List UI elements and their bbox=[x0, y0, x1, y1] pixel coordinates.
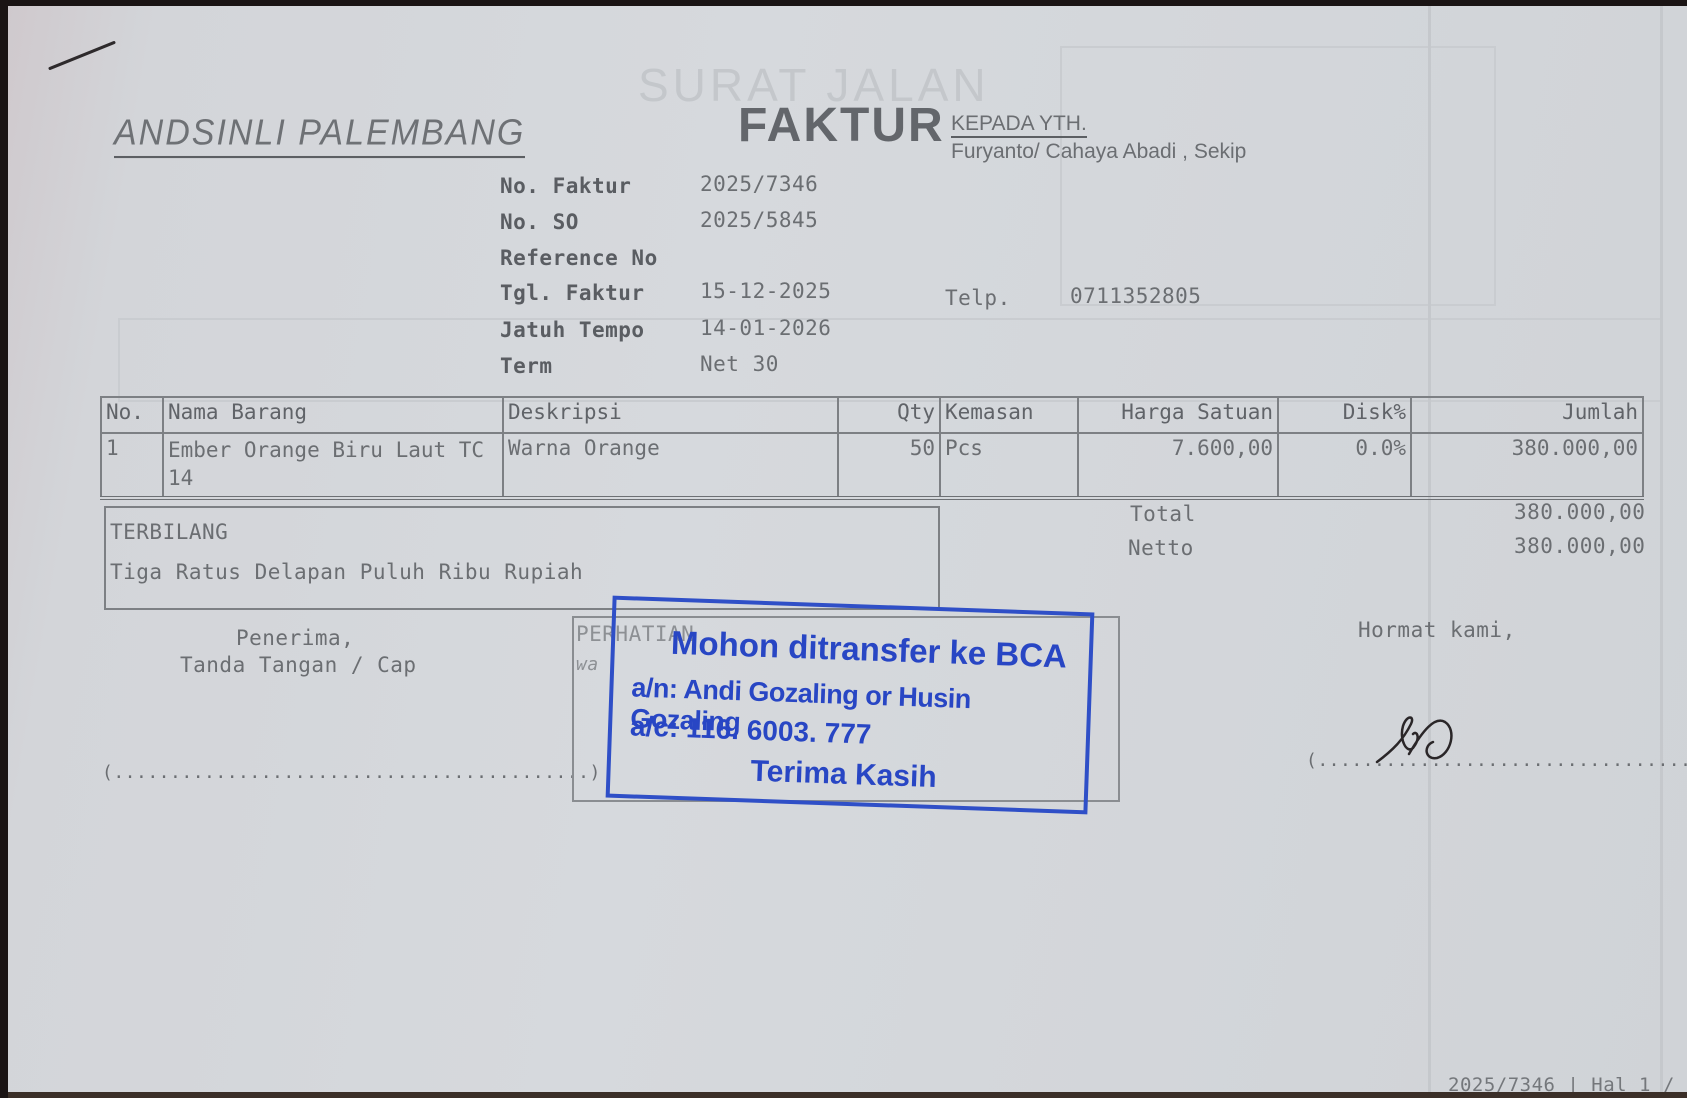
phone-label: Telp. bbox=[945, 286, 1011, 310]
info-label: Term bbox=[500, 354, 553, 378]
cell-deskripsi: Warna Orange bbox=[503, 433, 838, 498]
pen-mark bbox=[48, 41, 116, 71]
phone-value: 0711352805 bbox=[1070, 284, 1201, 308]
cell-disk: 0.0% bbox=[1278, 433, 1411, 498]
cell-qty: 50 bbox=[838, 433, 940, 498]
cell-harga-satuan: 7.600,00 bbox=[1078, 433, 1278, 498]
cell-kemasan: Pcs bbox=[940, 433, 1078, 498]
terbilang-box: TERBILANG Tiga Ratus Delapan Puluh Ribu … bbox=[104, 506, 940, 610]
info-label: No. SO bbox=[500, 210, 579, 234]
bank-transfer-stamp: Mohon ditransfer ke BCA a/n: Andi Gozali… bbox=[606, 596, 1095, 815]
items-table: No. Nama Barang Deskripsi Qty Kemasan Ha… bbox=[100, 396, 1644, 500]
cell-no: 1 bbox=[101, 433, 163, 498]
info-value: 14-01-2026 bbox=[700, 316, 831, 340]
info-value: 15-12-2025 bbox=[700, 279, 831, 303]
col-nama-barang: Nama Barang bbox=[163, 397, 503, 433]
col-jumlah: Jumlah bbox=[1411, 397, 1643, 433]
terbilang-label: TERBILANG bbox=[110, 520, 228, 544]
info-label: Reference No bbox=[500, 246, 658, 270]
paper-fold bbox=[1428, 6, 1431, 1098]
netto-label: Netto bbox=[1128, 536, 1194, 560]
sender-label: Hormat kami, bbox=[1358, 618, 1516, 642]
recipient-label: KEPADA YTH. bbox=[951, 112, 1087, 138]
table-row: 1 Ember Orange Biru Laut TC 14 Warna Ora… bbox=[101, 433, 1643, 498]
col-kemasan: Kemasan bbox=[940, 397, 1078, 433]
company-name: ANDSINLI PALEMBANG bbox=[114, 113, 525, 158]
col-harga-satuan: Harga Satuan bbox=[1078, 397, 1278, 433]
col-no: No. bbox=[101, 397, 163, 433]
netto-value: 380.000,00 bbox=[1514, 534, 1645, 558]
receiver-signature-line: (.......................................… bbox=[102, 762, 601, 783]
col-disk: Disk% bbox=[1278, 397, 1411, 433]
stamp-line-1: Mohon ditransfer ke BCA bbox=[670, 624, 1067, 676]
info-value: 2025/7346 bbox=[700, 172, 818, 196]
total-value: 380.000,00 bbox=[1514, 500, 1645, 524]
total-label: Total bbox=[1130, 502, 1196, 526]
terbilang-value: Tiga Ratus Delapan Puluh Ribu Rupiah bbox=[110, 560, 583, 584]
stamp-line-4: Terima Kasih bbox=[750, 755, 937, 795]
table-surface bbox=[8, 1092, 1687, 1098]
table-header-row: No. Nama Barang Deskripsi Qty Kemasan Ha… bbox=[101, 397, 1643, 433]
cell-jumlah: 380.000,00 bbox=[1411, 433, 1643, 498]
col-qty: Qty bbox=[838, 397, 940, 433]
info-label: Tgl. Faktur bbox=[500, 281, 645, 305]
info-value: Net 30 bbox=[700, 352, 779, 376]
receiver-label: Penerima, bbox=[236, 626, 354, 650]
paper-fold bbox=[1660, 6, 1663, 1098]
document-title: FAKTUR bbox=[738, 98, 945, 153]
info-value: 2025/5845 bbox=[700, 208, 818, 232]
note-text: wa bbox=[576, 654, 599, 675]
invoice-paper: SURAT JALAN ANDSINLI PALEMBANG FAKTUR KE… bbox=[8, 6, 1687, 1098]
recipient-name: Furyanto/ Cahaya Abadi , Sekip bbox=[951, 140, 1246, 164]
info-label: No. Faktur bbox=[500, 174, 631, 198]
receiver-sublabel: Tanda Tangan / Cap bbox=[180, 653, 417, 677]
sender-signature-line: (.......................................… bbox=[1306, 750, 1687, 771]
info-label: Jatuh Tempo bbox=[500, 318, 645, 342]
col-deskripsi: Deskripsi bbox=[503, 397, 838, 433]
cell-nama-barang: Ember Orange Biru Laut TC 14 bbox=[163, 433, 503, 498]
